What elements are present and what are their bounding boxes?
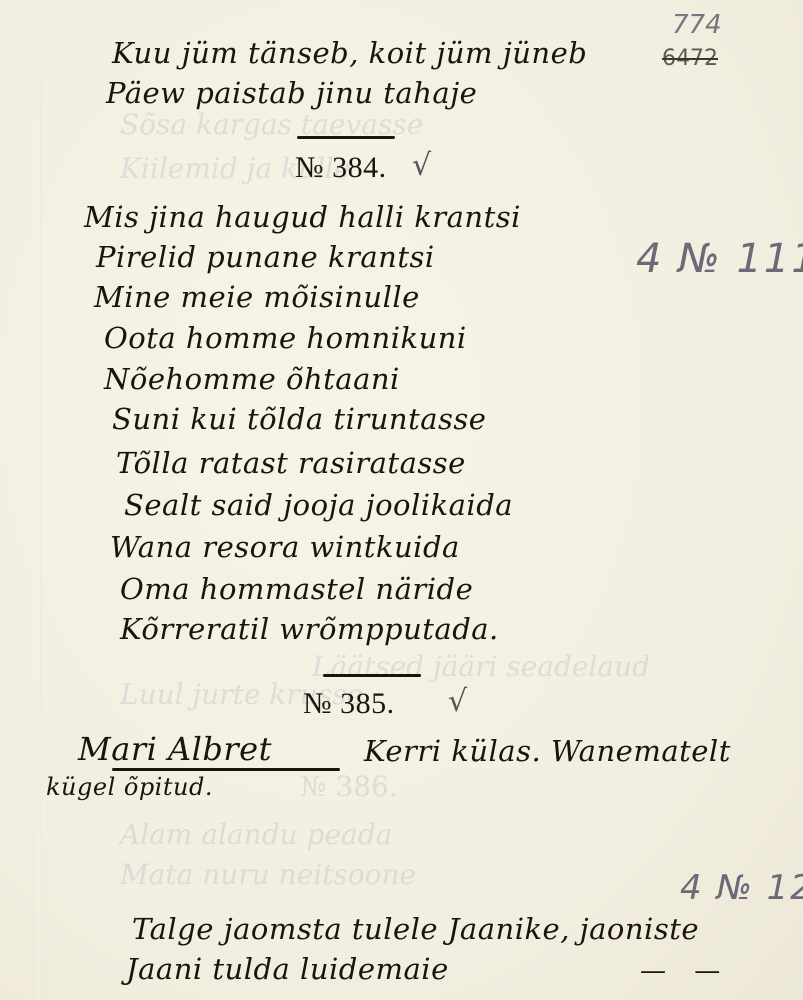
verse-line: Kõrreratil wrõmpputada. [120,612,499,646]
old-archive-number: 6472 [662,46,718,71]
margin-reference-384: 4 № 111/3 [636,236,803,282]
check-mark-icon: √ [412,148,431,183]
verse-line: Mine meie mõisinulle [94,280,420,314]
verse-line: Sealt said jooja joolikaida [124,488,513,522]
verse-line: Talge jaomsta tulele Jaanike, jaoniste [132,912,699,946]
bleed-line: Alam alandu peada [120,818,392,851]
page-fold [38,0,41,1000]
verse-line: Mis jina haugud halli krantsi [84,200,521,234]
verse-line: Kuu jüm tänseb, koit jüm jüneb [112,36,587,70]
trailing-dashes: — — [640,956,730,986]
verse-line: Suni kui tõlda tiruntasse [112,402,486,436]
verse-line: Pirelid punane krantsi [96,240,435,274]
verse-line: Tõlla ratast rasiratasse [116,446,466,480]
bleed-number: № 386. [300,770,398,803]
verse-line: Wana resora wintkuida [110,530,460,564]
source-learned-note: kügel õpitud. [46,772,213,802]
section-divider [323,674,421,677]
verse-line: Oma hommastel näride [120,572,473,606]
singer-name: Mari Albret [78,730,272,768]
verse-line: Päew paistab jinu tahaje [106,76,477,110]
source-location: Kerri külas. Wanematelt [364,734,731,768]
manuscript-page: Sõsa kargas taevasse Kiilemid ja kulle L… [0,0,803,1000]
section-divider [297,136,395,139]
margin-reference-385: 4 № 120/1 [680,868,803,908]
archive-number: 774 [672,10,722,40]
check-mark-icon: √ [448,684,467,719]
verse-line: Nõehomme õhtaani [104,362,400,396]
verse-line: Oota homme homnikuni [104,321,467,355]
song-number-385: № 385. [303,686,395,722]
singer-name-underline [112,768,340,771]
verse-line: Jaani tulda luidemaie [126,952,449,986]
song-number-384: № 384. [295,150,387,186]
bleed-line: Mata nuru neitsoone [120,858,416,891]
